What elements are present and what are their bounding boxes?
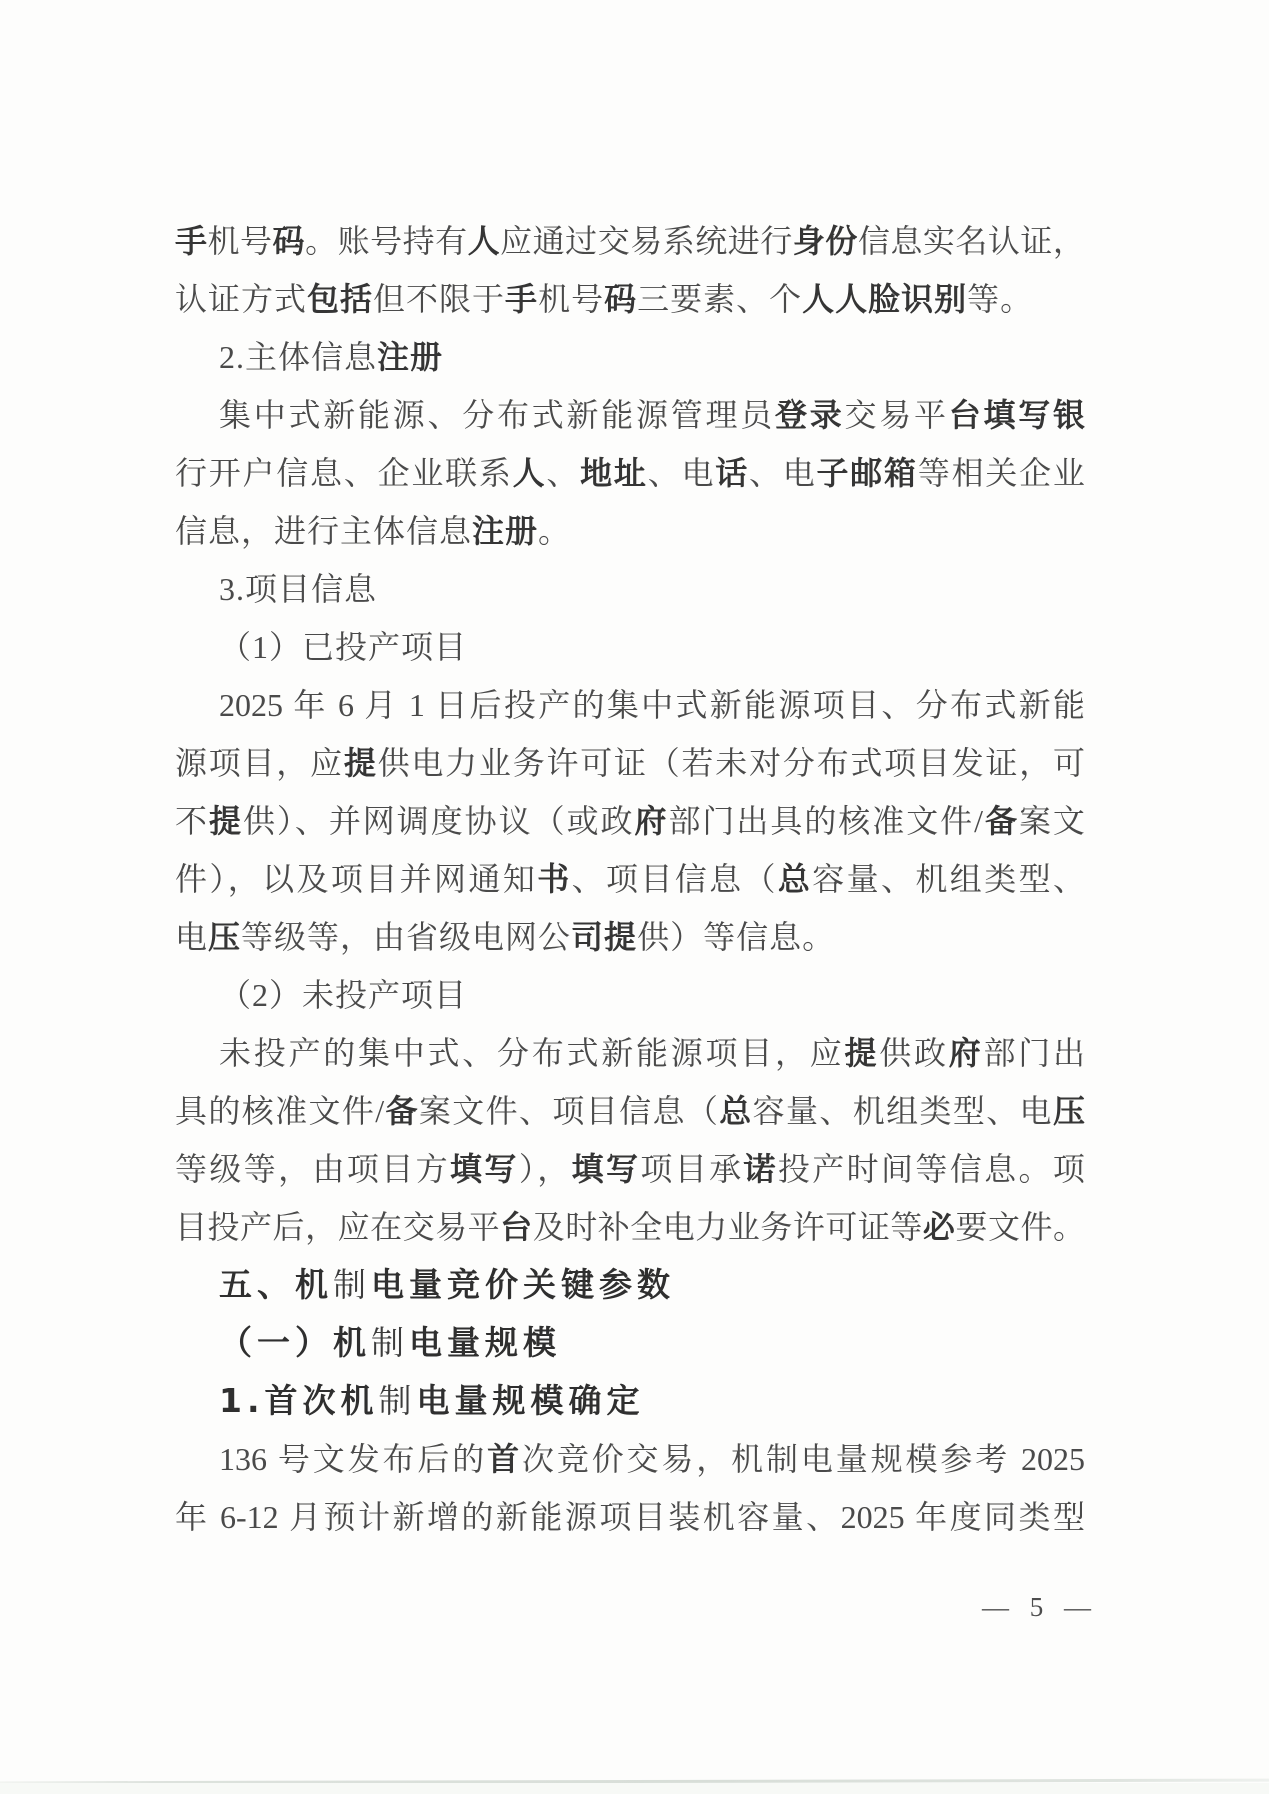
- text-segment: 件），以及项目并网通知: [175, 861, 537, 897]
- text-line: 3.项目信息: [175, 560, 1085, 618]
- text-segment: 备: [384, 1092, 419, 1130]
- text-segment: 2.主体信息: [219, 339, 377, 375]
- text-segment: 等。: [967, 281, 1033, 317]
- text-segment: 。账号持有: [305, 223, 468, 259]
- page-number: — 5 —: [982, 1592, 1098, 1623]
- text-segment: 手: [175, 222, 208, 260]
- text-segment: 手: [505, 280, 538, 318]
- text-segment: 部门出: [983, 1035, 1085, 1071]
- text-segment: 案文件、项目信息（: [419, 1093, 719, 1129]
- text-line: 信息，进行主体信息注册。: [175, 502, 1085, 560]
- text-segment: 未投产的集中式、分布式新能源项目，应: [219, 1035, 844, 1071]
- text-segment: 电量规模: [409, 1323, 561, 1362]
- text-segment: 供）、并网调度协议（或政: [243, 803, 635, 839]
- text-segment: 机号: [538, 281, 604, 317]
- text-segment: 压: [1053, 1092, 1085, 1130]
- text-segment: 登录: [775, 396, 845, 434]
- text-segment: 地址: [580, 454, 648, 492]
- text-segment: 供）等信息。: [637, 919, 835, 955]
- text-segment: 不: [175, 803, 209, 839]
- text-segment: 、电: [648, 455, 716, 491]
- text-segment: 年 6-12 月预计新增的新能源项目装机容量、2025 年度同类型: [175, 1499, 1085, 1535]
- text-segment: 首: [487, 1440, 522, 1478]
- text-segment: 供政: [879, 1035, 949, 1071]
- text-segment: 项目承: [640, 1151, 743, 1187]
- text-segment: 备: [983, 802, 1019, 840]
- text-segment: 容量、机组类型、: [812, 861, 1085, 897]
- text-segment: （2）未投产项目: [219, 977, 467, 1013]
- text-segment: 电量竞价关键参数: [371, 1265, 675, 1304]
- text-segment: 台填写银: [949, 396, 1085, 434]
- text-line: 目投产后，应在交易平台及时补全电力业务许可证等必要文件。: [175, 1198, 1085, 1256]
- text-segment: 集中式新能源、分布式新能源管理员: [219, 397, 775, 433]
- text-segment: 2025 年 6 月 1 日后投产的集中式新能源项目、分布式新能: [219, 687, 1085, 723]
- text-segment: 填写: [572, 1150, 641, 1188]
- text-segment: 、项目信息（: [572, 861, 778, 897]
- text-line: 年 6-12 月预计新增的新能源项目装机容量、2025 年度同类型: [175, 1488, 1085, 1546]
- text-segment: 、电: [749, 455, 817, 491]
- heading-line: 1.首次机制电量规模确定: [175, 1372, 1085, 1430]
- text-line: 源项目，应提供电力业务许可证（若未对分布式项目发证，可: [175, 734, 1085, 792]
- text-segment: 行开户信息、企业联系: [175, 455, 513, 491]
- document-body: 手机号码。账号持有人应通过交易系统进行身份信息实名认证，认证方式包括但不限于手机…: [175, 212, 1085, 1546]
- text-segment: 码: [604, 280, 637, 318]
- scanned-document-page: 手机号码。账号持有人应通过交易系统进行身份信息实名认证，认证方式包括但不限于手机…: [0, 0, 1269, 1794]
- text-line: 未投产的集中式、分布式新能源项目，应提供政府部门出: [175, 1024, 1085, 1082]
- text-segment: 、: [546, 455, 580, 491]
- text-segment: （1）已投产项目: [219, 629, 467, 665]
- text-segment: 提: [844, 1034, 879, 1072]
- text-segment: （一）机: [219, 1323, 371, 1362]
- text-line: 具的核准文件/备案文件、项目信息（总容量、机组类型、电压: [175, 1082, 1085, 1140]
- text-segment: 人: [513, 454, 547, 492]
- text-line: 2.主体信息注册: [175, 328, 1085, 386]
- text-line: 手机号码。账号持有人应通过交易系统进行身份信息实名认证，: [175, 212, 1085, 270]
- text-segment: 部门出具的核准文件/: [668, 803, 983, 839]
- text-segment: 诺: [744, 1150, 778, 1188]
- text-segment: 书: [537, 860, 571, 898]
- text-segment: 等级等，由项目方: [175, 1151, 450, 1187]
- text-segment: 信息，进行主体信息: [175, 513, 472, 549]
- text-segment: 五、机: [219, 1265, 333, 1304]
- text-segment: 目投产后，应在交易平: [175, 1209, 500, 1245]
- text-segment: 三要素、个: [637, 281, 802, 317]
- text-segment: 等级等，由省级电网公: [241, 919, 571, 955]
- text-line: 136 号文发布后的首次竞价交易，机制电量规模参考 2025: [175, 1430, 1085, 1488]
- text-segment: 交易平: [844, 397, 948, 433]
- text-line: 集中式新能源、分布式新能源管理员登录交易平台填写银: [175, 386, 1085, 444]
- text-segment: 注册: [472, 512, 538, 550]
- text-segment: 1.首次机: [219, 1381, 379, 1420]
- text-line: （1）已投产项目: [175, 618, 1085, 676]
- text-line: 等级等，由项目方填写），填写项目承诺投产时间等信息。项: [175, 1140, 1085, 1198]
- scan-margin-strip: [0, 1783, 1269, 1794]
- text-segment: 容量、机组类型、电: [753, 1093, 1053, 1129]
- text-segment: 电量规模确定: [417, 1381, 645, 1420]
- text-segment: 供电力业务许可证（若未对分布式项目发证，可: [378, 745, 1085, 781]
- text-segment: 人: [468, 222, 501, 260]
- text-segment: 人人脸识别: [802, 280, 967, 318]
- text-line: （2）未投产项目: [175, 966, 1085, 1024]
- text-segment: 3.项目信息: [219, 571, 377, 607]
- text-segment: 必: [923, 1208, 956, 1246]
- text-segment: 机号: [208, 223, 273, 259]
- text-segment: 府: [949, 1034, 984, 1072]
- text-line: 件），以及项目并网通知书、项目信息（总容量、机组类型、: [175, 850, 1085, 908]
- heading-line: 五、机制电量竞价关键参数: [175, 1256, 1085, 1314]
- text-segment: 填写: [450, 1150, 519, 1188]
- text-segment: ），: [519, 1151, 572, 1187]
- text-segment: 压: [208, 918, 241, 956]
- text-segment: 府: [635, 802, 669, 840]
- text-segment: 话: [715, 454, 749, 492]
- text-segment: 投产时间等信息。项: [778, 1151, 1085, 1187]
- text-segment: 及时补全电力业务许可证等: [533, 1209, 923, 1245]
- text-segment: 要文件。: [955, 1209, 1085, 1245]
- text-segment: 具的核准文件/: [175, 1093, 384, 1129]
- text-segment: 制: [333, 1268, 371, 1304]
- text-segment: 制: [379, 1384, 417, 1420]
- text-segment: 台: [500, 1208, 533, 1246]
- text-segment: 136 号文发布后的: [219, 1441, 487, 1477]
- text-segment: 等相关企业: [918, 455, 1085, 491]
- text-segment: 包括: [307, 280, 373, 318]
- text-segment: 应通过交易系统进行: [500, 223, 793, 259]
- text-segment: 制: [371, 1326, 409, 1362]
- text-segment: 司提: [571, 918, 637, 956]
- text-segment: 电: [175, 919, 208, 955]
- text-segment: 次竞价交易，机制电量规模参考 2025: [522, 1441, 1085, 1477]
- text-line: 电压等级等，由省级电网公司提供）等信息。: [175, 908, 1085, 966]
- text-segment: 提: [344, 744, 378, 782]
- text-segment: 总: [719, 1092, 752, 1130]
- text-segment: 信息实名认证，: [858, 223, 1085, 259]
- text-segment: 身份: [793, 222, 858, 260]
- text-segment: 源项目，应: [175, 745, 344, 781]
- text-segment: 子邮箱: [817, 454, 918, 492]
- text-line: 不提供）、并网调度协议（或政府部门出具的核准文件/备案文: [175, 792, 1085, 850]
- text-segment: 案文: [1019, 803, 1085, 839]
- text-segment: 但不限于: [373, 281, 505, 317]
- text-segment: 码: [273, 222, 306, 260]
- text-segment: 认证方式: [175, 281, 307, 317]
- text-segment: 总: [778, 860, 812, 898]
- text-line: 2025 年 6 月 1 日后投产的集中式新能源项目、分布式新能: [175, 676, 1085, 734]
- text-line: 认证方式包括但不限于手机号码三要素、个人人脸识别等。: [175, 270, 1085, 328]
- text-line: 行开户信息、企业联系人、地址、电话、电子邮箱等相关企业: [175, 444, 1085, 502]
- text-segment: 注册: [377, 338, 443, 376]
- text-segment: 提: [209, 802, 243, 840]
- text-segment: 。: [538, 513, 571, 549]
- heading-line: （一）机制电量规模: [175, 1314, 1085, 1372]
